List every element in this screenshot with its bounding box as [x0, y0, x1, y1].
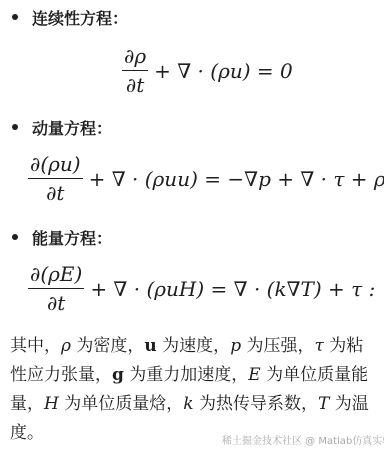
equation-rest: + ∇ · (ρu) = 0 — [154, 59, 293, 83]
symbol-H: H — [44, 394, 59, 414]
watermark: 稀土掘金技术社区 @ Matlab仿真实验室 — [222, 432, 384, 447]
heading-text: 连续性方程： — [32, 6, 128, 29]
fraction-bar — [28, 288, 84, 289]
symbol-rho: ρ — [61, 336, 71, 356]
bullet-icon — [12, 124, 18, 130]
equation-momentum: ∂(ρu) ∂t + ∇ · (ρuu) = −∇p + ∇ · τ + ρg — [28, 152, 384, 205]
fraction-denominator: ∂t — [124, 73, 146, 97]
symbol-E: E — [248, 365, 260, 385]
heading-text: 动量方程： — [32, 116, 112, 139]
fraction-numerator: ∂ρ — [122, 44, 148, 68]
symbol-k: k — [183, 394, 193, 414]
symbol-u: u — [144, 336, 156, 356]
fraction: ∂(ρu) ∂t — [28, 152, 83, 205]
equation-rest: + ∇ · (ρuu) = −∇p + ∇ · τ + ρg — [89, 167, 384, 191]
text: 为热传导系数， — [194, 394, 318, 414]
fraction-denominator: ∂t — [45, 291, 67, 315]
equation-rest: + ∇ · (ρuH) = ∇ · (k∇T) + τ : — [90, 277, 375, 301]
variable-description: 其中，ρ 为密度，u 为速度，p 为压强，τ 为粘性应力张量，g 为重力加速度，… — [10, 332, 380, 448]
section-heading-energy: 能量方程： — [10, 226, 112, 248]
text: 其中， — [10, 336, 61, 356]
bullet-icon — [12, 14, 18, 20]
text: 为单位质量焓， — [59, 394, 183, 414]
equation-energy: ∂(ρE) ∂t + ∇ · (ρuH) = ∇ · (k∇T) + τ : — [28, 262, 375, 315]
section-heading-continuity: 连续性方程： — [10, 6, 128, 28]
symbol-g: g — [112, 365, 124, 385]
text: 为密度， — [71, 336, 144, 356]
fraction-bar — [122, 70, 148, 71]
symbol-T: T — [318, 394, 329, 414]
symbol-tau: τ — [314, 336, 323, 356]
fraction: ∂ρ ∂t — [122, 44, 148, 97]
fraction: ∂(ρE) ∂t — [28, 262, 84, 315]
symbol-p: p — [230, 336, 241, 356]
heading-text: 能量方程： — [32, 226, 112, 249]
fraction-numerator: ∂(ρE) — [28, 262, 84, 286]
bullet-icon — [12, 234, 18, 240]
fraction-numerator: ∂(ρu) — [28, 152, 83, 176]
text: 为速度， — [157, 336, 230, 356]
equation-continuity: ∂ρ ∂t + ∇ · (ρu) = 0 — [122, 44, 293, 97]
fraction-denominator: ∂t — [44, 181, 66, 205]
fraction-bar — [28, 178, 83, 179]
text: 为压强， — [241, 336, 314, 356]
section-heading-momentum: 动量方程： — [10, 116, 112, 138]
text: 为重力加速度， — [124, 365, 248, 385]
